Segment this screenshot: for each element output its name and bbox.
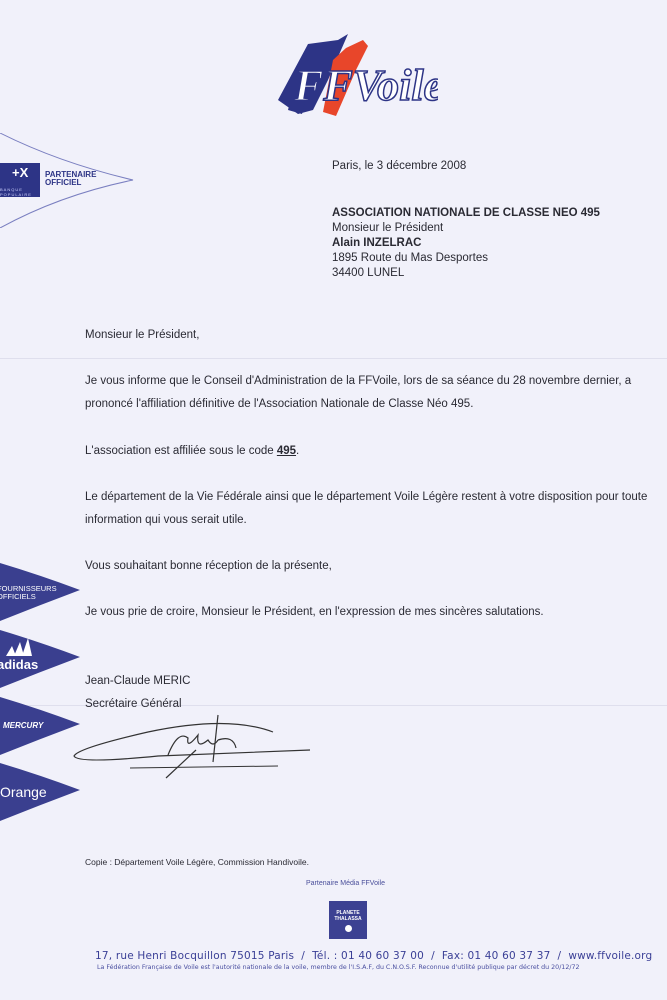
- footer-address: 17, rue Henri Bocquillon 75015 Paris / T…: [95, 950, 652, 962]
- fournisseurs-label: FOURNISSEURSOFFICIELS: [0, 585, 57, 601]
- copy-line: Copie : Département Voile Légère, Commis…: [85, 857, 309, 867]
- adidas-logo: adidas: [0, 657, 38, 672]
- signature: [68, 710, 313, 780]
- banque-populaire-logo: +X BANQUEPOPULAIRE: [0, 163, 40, 197]
- letter-date: Paris, le 3 décembre 2008: [332, 159, 466, 173]
- affiliation-code: 495: [277, 445, 296, 457]
- partner-label-2: OFFICIEL: [45, 179, 96, 187]
- paragraph-2: L'association est affiliée sous le code …: [85, 444, 299, 458]
- media-partner-label: Partenaire Média FFVoile: [306, 880, 385, 887]
- salutation: Monsieur le Président,: [85, 328, 199, 342]
- signatory-name: Jean-Claude MERIC: [85, 674, 190, 688]
- recipient-organization: ASSOCIATION NATIONALE DE CLASSE NEO 495: [332, 206, 600, 220]
- recipient-address-line1: 1895 Route du Mas Desportes: [332, 251, 488, 265]
- paragraph-5: Je vous prie de croire, Monsieur le Prés…: [85, 605, 544, 619]
- recipient-title: Monsieur le Président: [332, 221, 443, 235]
- paragraph-3-line-1: Le département de la Vie Fédérale ainsi …: [85, 490, 647, 504]
- recipient-name: Alain INZELRAC: [332, 236, 421, 250]
- pennant-fournisseurs: FOURNISSEURSOFFICIELS: [0, 563, 82, 621]
- footer-legal: La Fédération Française de Voile est l'a…: [97, 964, 579, 971]
- signatory-title: Secrétaire Général: [85, 697, 182, 711]
- orange-logo: Orange: [0, 784, 47, 800]
- paper-fold: [0, 358, 667, 359]
- paragraph-4: Vous souhaitant bonne réception de la pr…: [85, 559, 332, 573]
- ffvoile-logo: FFVoile: [268, 30, 438, 120]
- svg-text:FFVoile: FFVoile: [293, 61, 438, 110]
- paragraph-3-line-2: information qui vous serait utile.: [85, 513, 247, 527]
- planete-thalassa-logo: PLANETE THALASSA: [329, 901, 367, 939]
- pennant-adidas: adidas: [0, 630, 82, 688]
- partner-badge: +X BANQUEPOPULAIRE PARTENAIRE OFFICIEL: [0, 133, 135, 228]
- paragraph-1-line-1: Je vous informe que le Conseil d'Adminis…: [85, 374, 631, 388]
- mercury-logo: MERCURY: [3, 721, 43, 730]
- paragraph-1-line-2: prononcé l'affiliation définitive de l'A…: [85, 397, 473, 411]
- recipient-address-line2: 34400 LUNEL: [332, 266, 404, 280]
